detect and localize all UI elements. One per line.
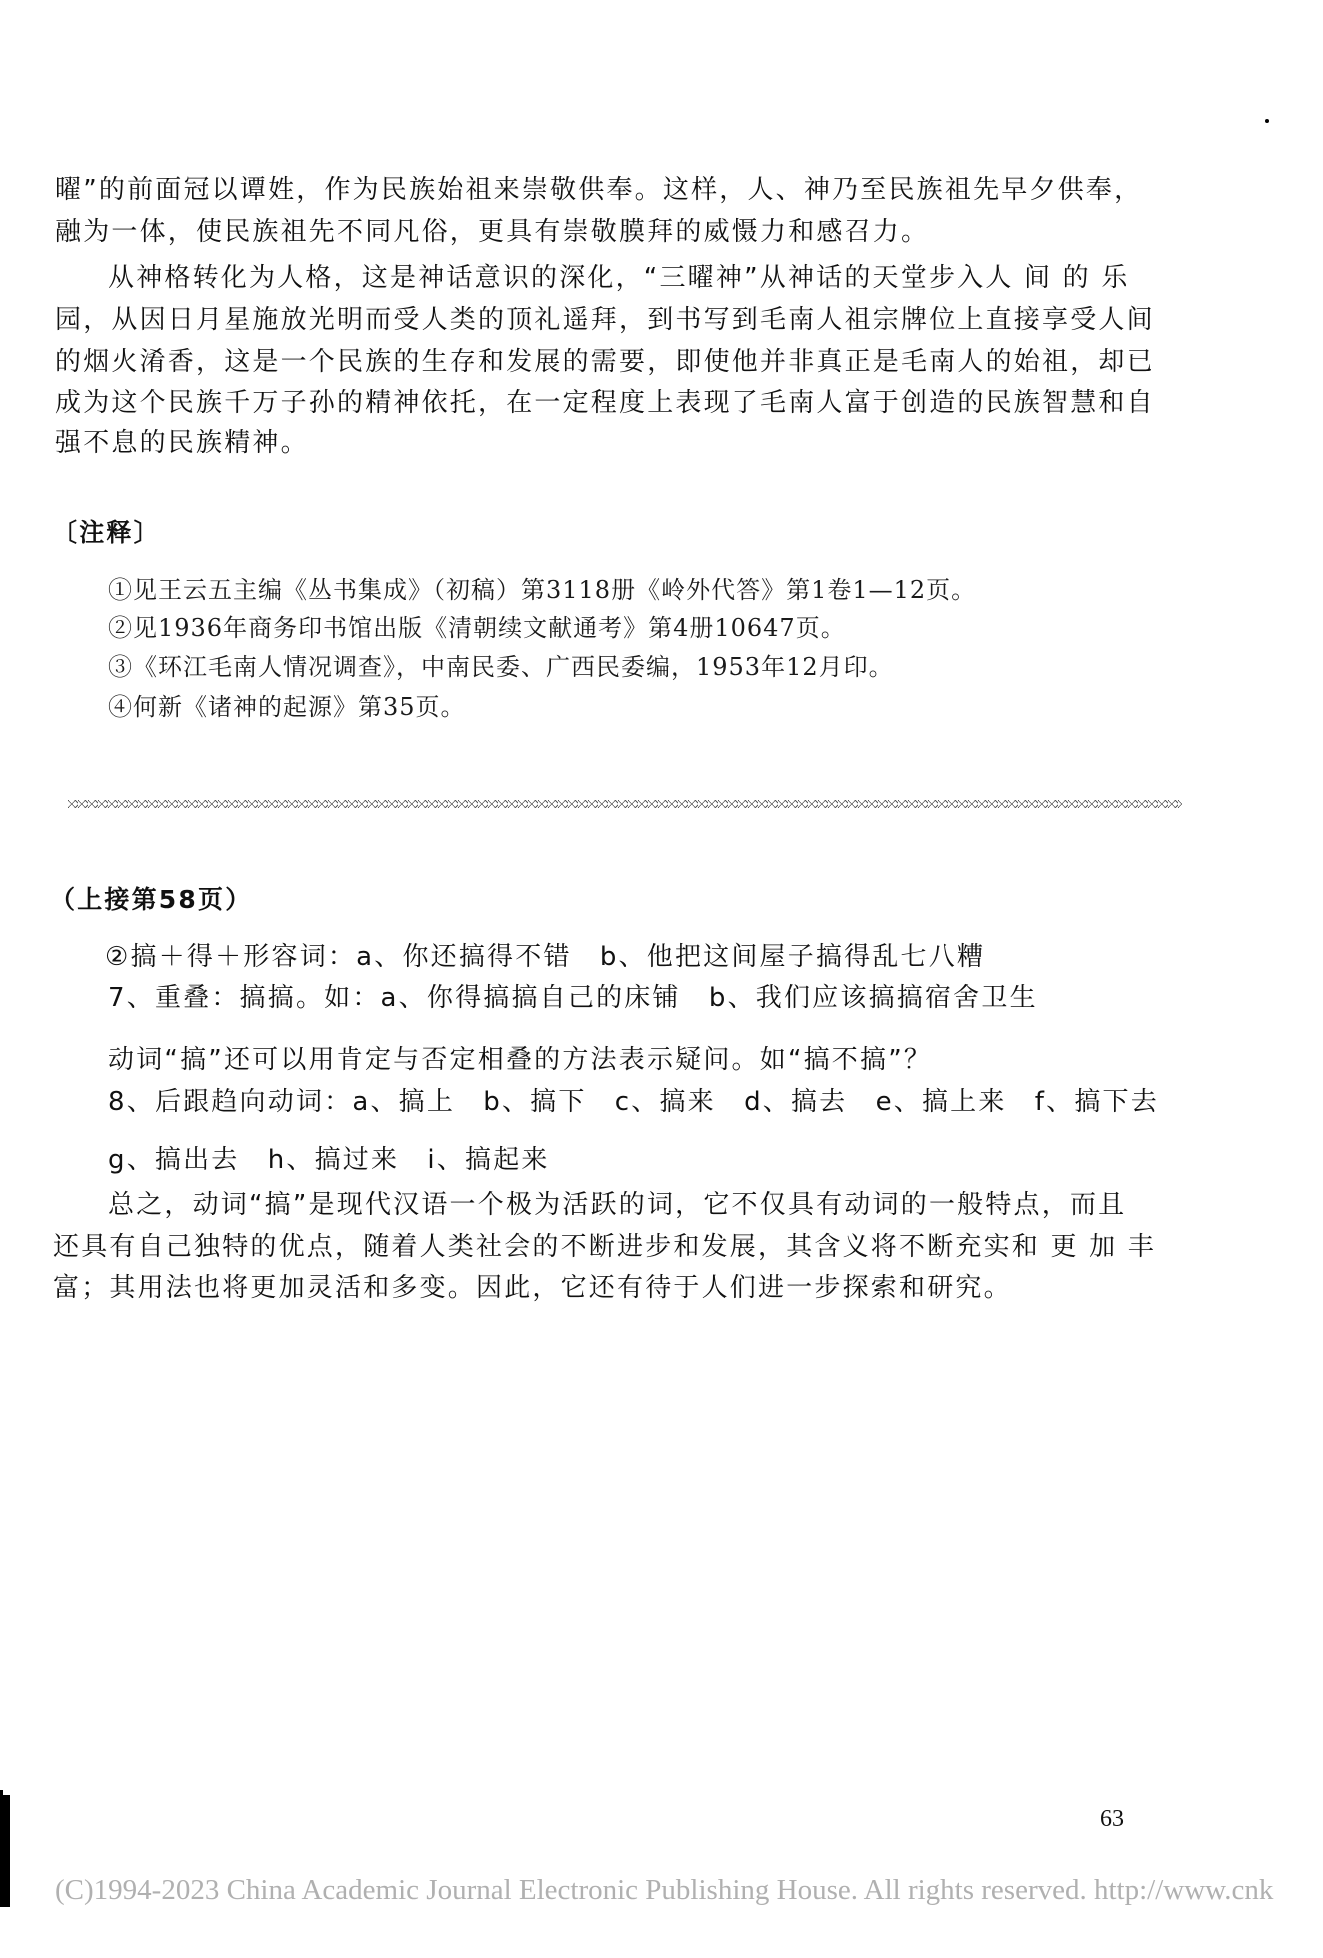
body-line: 融为一体，使民族祖先不同凡俗，更具有崇敬膜拜的威慑力和感召力。 — [55, 217, 929, 247]
footnote-2: ②见1936年商务印书馆出版《清朝续文献通考》第4册10647页。 — [108, 613, 846, 643]
body-line: 园，从因日月星施放光明而受人类的顶礼遥拜，到书写到毛南人祖宗牌位上直接享受人间 — [55, 305, 1155, 335]
page-number: 63 — [1100, 1806, 1124, 1833]
body-line: 7、重叠：搞搞。如：a、你得搞搞自己的床铺 b、我们应该搞搞宿舍卫生 — [108, 983, 1038, 1013]
body-line: 从神格转化为人格，这是神话意识的深化，“三曜神”从神话的天堂步入人 间 的 乐 — [108, 263, 1130, 293]
footnote-4: ④何新《诸神的起源》第35页。 — [108, 692, 466, 722]
body-line: 动词“搞”还可以用肯定与否定相叠的方法表示疑问。如“搞不搞”？ — [108, 1045, 932, 1075]
body-line: 总之，动词“搞”是现代汉语一个极为活跃的词，它不仅具有动词的一般特点，而且 — [108, 1190, 1126, 1220]
body-line: 还具有自己独特的优点，随着人类社会的不断进步和发展，其含义将不断充实和 更 加 … — [53, 1232, 1156, 1262]
body-line: g、搞出去 h、搞过来 i、搞起来 — [108, 1145, 550, 1175]
wavy-divider — [68, 800, 1182, 808]
scan-edge-mark — [0, 1795, 10, 1907]
copyright-footer: (C)1994-2023 China Academic Journal Elec… — [55, 1874, 1273, 1907]
body-line: 的烟火淆香，这是一个民族的生存和发展的需要，即使他并非真正是毛南人的始祖，却已 — [55, 347, 1155, 377]
notes-heading: 〔注释〕 — [52, 518, 161, 548]
scan-speck — [1265, 119, 1269, 123]
body-line: 曜”的前面冠以谭姓，作为民族始祖来崇敬供奉。这样，人、神乃至民族祖先早夕供奉， — [55, 175, 1142, 205]
footnote-1: ①见王云五主编《丛书集成》（初稿）第3118册《岭外代答》第1卷1—12页。 — [108, 575, 976, 605]
footnote-3: ③《环江毛南人情况调查》，中南民委、广西民委编，1953年12月印。 — [108, 652, 894, 682]
body-line: 富；其用法也将更加灵活和多变。因此，它还有待于人们进一步探索和研究。 — [53, 1273, 1012, 1303]
body-line: ②搞＋得＋形容词：a、你还搞得不错 b、他把这间屋子搞得乱七八糟 — [105, 942, 985, 972]
body-line: 强不息的民族精神。 — [55, 428, 309, 458]
document-page: 曜”的前面冠以谭姓，作为民族始祖来崇敬供奉。这样，人、神乃至民族祖先早夕供奉， … — [0, 0, 1323, 1958]
body-line: 8、后跟趋向动词：a、搞上 b、搞下 c、搞来 d、搞去 e、搞上来 f、搞下去 — [108, 1087, 1159, 1117]
continued-heading: （上接第58页） — [50, 885, 252, 915]
body-line: 成为这个民族千万子孙的精神依托，在一定程度上表现了毛南人富于创造的民族智慧和自 — [55, 388, 1155, 418]
